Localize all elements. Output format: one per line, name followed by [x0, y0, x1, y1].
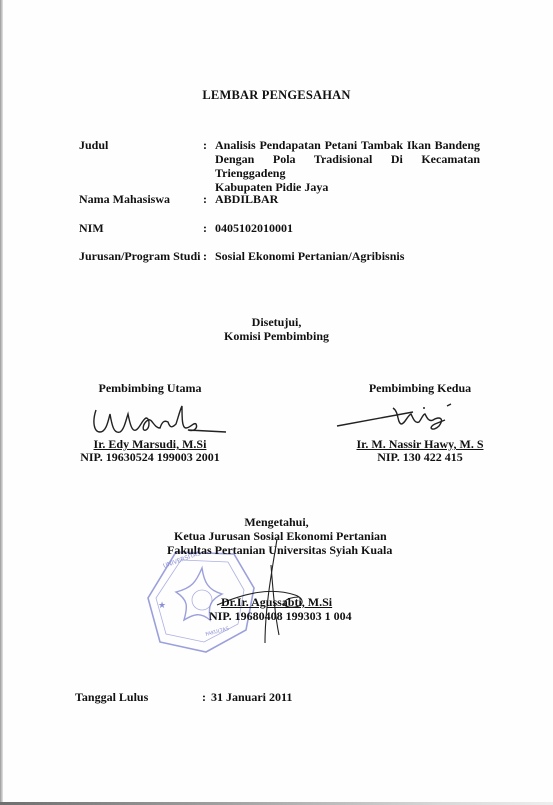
graduation-label: Tanggal Lulus [75, 690, 148, 704]
graduation-date: 31 Januari 2011 [211, 690, 292, 704]
supervisor-2-name: Ir. M. Nassir Hawy, M. S [330, 437, 510, 451]
judul-line-2: Dengan Pola Tradisional Di Kecamatan Tri… [215, 152, 480, 180]
approval-line-1: Disetujui, [0, 315, 553, 329]
field-separator: : [203, 221, 207, 235]
supervisor-1-name: Ir. Edy Marsudi, M.Si [60, 437, 240, 451]
field-value-jurusan: Sosial Ekonomi Pertanian/Agribisnis [215, 249, 404, 263]
supervisor-2-nip: NIP. 130 422 415 [330, 450, 510, 464]
field-value-nim: 0405102010001 [215, 221, 293, 235]
document-page: LEMBAR PENGESAHAN Judul : Analisis Penda… [0, 0, 553, 805]
field-separator: : [203, 249, 207, 263]
field-label-nama: Nama Mahasiswa [79, 192, 170, 206]
supervisor-1-role: Pembimbing Utama [60, 381, 240, 395]
acknowledgement-line-1: Mengetahui, [0, 515, 553, 529]
head-nip: NIP. 19680408 199303 1 004 [209, 609, 352, 623]
head-signature [215, 535, 325, 645]
supervisor-1-signature [90, 400, 230, 438]
graduation-separator: : [202, 690, 206, 704]
field-label-jurusan: Jurusan/Program Studi [79, 249, 200, 263]
supervisor-2-role: Pembimbing Kedua [330, 381, 510, 395]
field-separator: : [203, 138, 207, 152]
field-value-nama: ABDILBAR [215, 192, 278, 206]
supervisor-2-signature [335, 400, 465, 434]
judul-line-1: Analisis Pendapatan Petani Tambak Ikan B… [215, 138, 480, 152]
svg-text:★: ★ [158, 601, 166, 611]
scan-edge-left [0, 0, 3, 805]
field-value-judul: Analisis Pendapatan Petani Tambak Ikan B… [215, 138, 480, 194]
page-title: LEMBAR PENGESAHAN [0, 88, 553, 103]
head-name: Dr.Ir. Agussabti, M.Si [221, 595, 332, 609]
approval-line-2: Komisi Pembimbing [0, 329, 553, 343]
field-separator: : [203, 192, 207, 206]
field-label-nim: NIM [79, 221, 104, 235]
field-label-judul: Judul [79, 138, 108, 152]
supervisor-1-nip: NIP. 19630524 199003 2001 [60, 450, 240, 464]
